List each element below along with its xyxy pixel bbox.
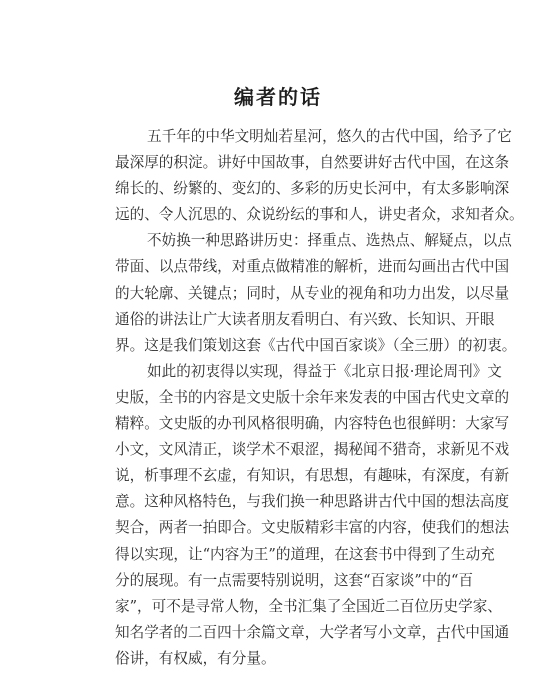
paragraph-1-line-3: 绵长的、纷繁的、变幻的、多彩的历史长河中，有太多影响深 bbox=[115, 176, 443, 202]
paragraph-3-line-3: 精粹。文史版的办刊风格很明确，内容特色也很鲜明：大家写 bbox=[115, 411, 443, 437]
paragraph-3-line-10: 家”，可不是寻常人物，全书汇集了全国近二百位历史学家、 bbox=[115, 594, 443, 620]
paragraph-1-line-2: 最深厚的积淀。讲好中国故事，自然要讲好古代中国，在这条 bbox=[115, 150, 443, 176]
paragraph-3-line-2: 史版，全书的内容是文史版十余年来发表的中国古代史文章的 bbox=[115, 385, 443, 411]
paragraph-2-line-1: 不妨换一种思路讲历史：择重点、选热点、解疑点，以点 bbox=[115, 228, 443, 254]
paragraph-3-line-4: 小文，文风清正，谈学术不艰涩，揭秘闻不猎奇，求新见不戏 bbox=[115, 437, 443, 463]
paragraph-2-line-5: 界。这是我们策划这套《古代中国百家谈》（全三册）的初衷。 bbox=[115, 333, 443, 359]
paragraph-3-line-7: 契合，两者一拍即合。文史版精彩丰富的内容，使我们的想法 bbox=[115, 515, 443, 541]
paragraph-3-line-11: 知名学者的二百四十余篇文章，大学者写小文章，古代中国通 bbox=[115, 620, 443, 646]
book-page: 编者的话 五千年的中华文明灿若星河，悠久的古代中国，给予了它 最深厚的积淀。讲好… bbox=[0, 0, 556, 682]
paragraph-1-line-4: 远的、令人沉思的、众说纷纭的事和人，讲史者众，求知者众。 bbox=[115, 202, 443, 228]
page-title: 编者的话 bbox=[0, 84, 556, 110]
paragraph-2-line-3: 的大轮廓、关键点；同时，从专业的视角和功力出发，以尽量 bbox=[115, 281, 443, 307]
paragraph-3-line-5: 说，析事理不玄虚，有知识，有思想，有趣味，有深度，有新 bbox=[115, 463, 443, 489]
body-text: 五千年的中华文明灿若星河，悠久的古代中国，给予了它 最深厚的积淀。讲好中国故事，… bbox=[115, 124, 443, 672]
paragraph-3-line-12: 俗讲，有权威，有分量。 bbox=[115, 646, 443, 672]
paragraph-3-line-1: 如此的初衷得以实现，得益于《北京日报·理论周刊》文 bbox=[115, 359, 443, 385]
paragraph-3-line-8: 得以实现，让“内容为王”的道理，在这套书中得到了生动充 bbox=[115, 542, 443, 568]
page-number: 1 bbox=[436, 633, 442, 645]
paragraph-3-line-9: 分的展现。有一点需要特别说明，这套“百家谈”中的“百 bbox=[115, 568, 443, 594]
paragraph-3-line-6: 意。这种风格特色，与我们换一种思路讲古代中国的想法高度 bbox=[115, 489, 443, 515]
paragraph-2-line-2: 带面、以点带线，对重点做精准的解析，进而勾画出古代中国 bbox=[115, 254, 443, 280]
paragraph-2-line-4: 通俗的讲法让广大读者朋友看明白、有兴致、长知识、开眼 bbox=[115, 307, 443, 333]
paragraph-1-line-1: 五千年的中华文明灿若星河，悠久的古代中国，给予了它 bbox=[115, 124, 443, 150]
